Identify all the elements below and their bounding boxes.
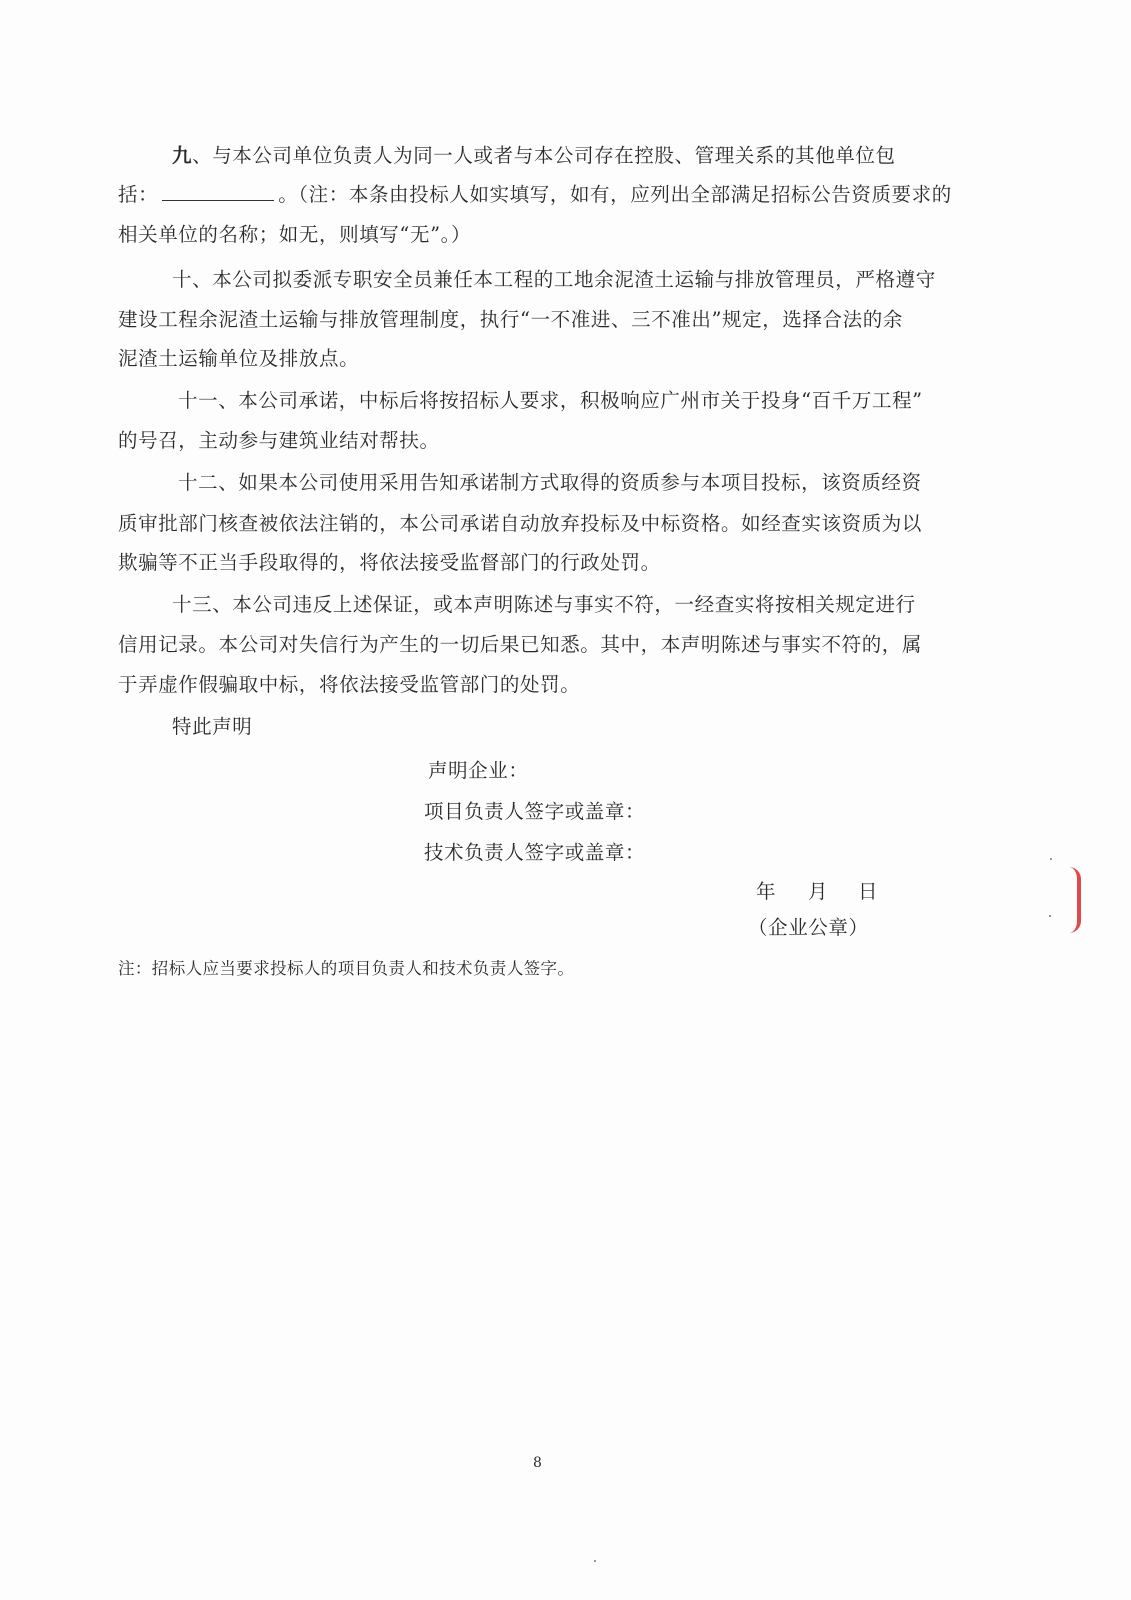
scan-speck bbox=[594, 1560, 596, 1562]
section-9-line-1: 九、与本公司单位负责人为同一人或者与本公司存在控股、管理关系的其他单位包 bbox=[172, 143, 896, 169]
section-12b-line-1: 十三、本公司违反上述保证，或本声明陈述与事实不符，一经查实将按相关规定进行 bbox=[172, 592, 916, 618]
section-12a-line-3: 欺骗等不正当手段取得的，将依法接受监督部门的行政处罚。 bbox=[118, 550, 661, 576]
page-number: 8 bbox=[533, 1450, 543, 1476]
section-9-note: 。（注：本条由投标人如实填写，如有，应列出全部满足招标公告资质要求的 bbox=[278, 183, 952, 206]
date-year-label: 年 bbox=[756, 879, 776, 905]
company-label: 声明企业： bbox=[428, 758, 529, 784]
section-12a-line-2: 质审批部门核查被依法注销的，本公司承诺自动放弃投标及中标资格。如经查实该资质为以 bbox=[118, 511, 922, 537]
document-page: 九、与本公司单位负责人为同一人或者与本公司存在控股、管理关系的其他单位包 括：。… bbox=[0, 0, 1131, 1600]
closing-statement: 特此声明 bbox=[172, 714, 252, 740]
project-lead-signature-label: 项目负责人签字或盖章： bbox=[424, 799, 645, 825]
section-10-line-3: 泥渣土运输单位及排放点。 bbox=[118, 346, 359, 372]
section-10-line-2: 建设工程余泥渣土运输与排放管理制度，执行“一不准进、三不准出”规定，选择合法的余 bbox=[118, 307, 903, 333]
footnote: 注：招标人应当要求投标人的项目负责人和技术负责人签字。 bbox=[118, 956, 574, 982]
company-seal-label: （企业公章） bbox=[748, 915, 869, 941]
date-month-label: 月 bbox=[808, 879, 828, 905]
section-12b-line-3: 于弄虚作假骗取中标，将依法接受监管部门的处罚。 bbox=[118, 672, 580, 698]
section-9-number: 九 bbox=[172, 144, 192, 167]
section-9-line-2: 括：。（注：本条由投标人如实填写，如有，应列出全部满足招标公告资质要求的 bbox=[118, 182, 952, 208]
section-12a-line-1: 十二、如果本公司使用采用告知承诺制方式取得的资质参与本项目投标，该资质经资 bbox=[178, 470, 922, 496]
fill-in-blank[interactable] bbox=[162, 182, 274, 201]
section-9-line-3: 相关单位的名称；如无，则填写“无”。） bbox=[118, 222, 471, 248]
tech-lead-signature-label: 技术负责人签字或盖章： bbox=[424, 840, 645, 866]
scan-speck bbox=[1050, 858, 1052, 860]
section-10-line-1: 十、本公司拟委派专职安全员兼任本工程的工地余泥渣土运输与排放管理员，严格遵守 bbox=[172, 267, 936, 293]
section-9-text: 、与本公司单位负责人为同一人或者与本公司存在控股、管理关系的其他单位包 bbox=[192, 144, 896, 167]
section-11-line-1: 十一、本公司承诺，中标后将按招标人要求，积极响应广州市关于投身“百千万工程” bbox=[178, 388, 923, 414]
section-11-line-2: 的号召，主动参与建筑业结对帮扶。 bbox=[118, 428, 440, 454]
section-12b-line-2: 信用记录。本公司对失信行为产生的一切后果已知悉。其中，本声明陈述与事实不符的，属 bbox=[118, 632, 922, 658]
date-day-label: 日 bbox=[858, 879, 878, 905]
seal-stamp-edge bbox=[1069, 867, 1081, 933]
scan-speck bbox=[1049, 915, 1051, 917]
section-9-label: 括： bbox=[118, 183, 158, 206]
